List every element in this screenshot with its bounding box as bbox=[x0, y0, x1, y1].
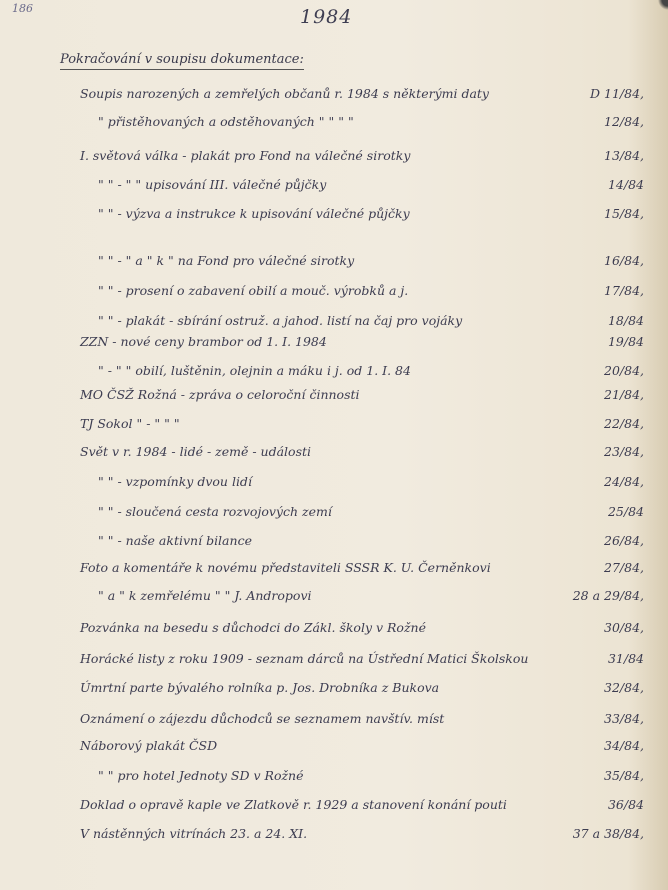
list-item: Foto a komentáře k novému představiteli … bbox=[0, 560, 668, 584]
list-item: " " - výzva a instrukce k upisování vále… bbox=[0, 206, 668, 230]
entry-reference-number: 37 a 38/84, bbox=[573, 826, 644, 841]
entry-description: ZZN - nové ceny brambor od 1. I. 1984 bbox=[80, 334, 327, 349]
entry-description: " " - výzva a instrukce k upisování vále… bbox=[98, 206, 410, 221]
entry-description: " " - " " upisování III. válečné půjčky bbox=[98, 177, 326, 192]
list-item: " " - sloučená cesta rozvojových zemí25/… bbox=[0, 504, 668, 528]
entry-description: " " - plakát - sbírání ostruž. a jahod. … bbox=[98, 313, 462, 328]
page-number: 186 bbox=[12, 2, 33, 15]
list-item: TJ Sokol " - " " "22/84, bbox=[0, 416, 668, 440]
entry-description: TJ Sokol " - " " " bbox=[80, 416, 180, 431]
list-item: I. světová válka - plakát pro Fond na vá… bbox=[0, 148, 668, 172]
list-item: " " - " a " k " na Fond pro válečné siro… bbox=[0, 253, 668, 277]
entry-reference-number: 32/84, bbox=[604, 680, 644, 695]
entry-description: " přistěhovaných a odstěhovaných " " " " bbox=[98, 114, 354, 129]
entry-description: " " pro hotel Jednoty SD v Rožné bbox=[98, 768, 304, 783]
list-item: " a " k zemřelému " " J. Andropovi28 a 2… bbox=[0, 588, 668, 612]
entry-reference-number: 23/84, bbox=[604, 444, 644, 459]
entry-reference-number: 24/84, bbox=[604, 474, 644, 489]
entry-reference-number: 21/84, bbox=[604, 387, 644, 402]
entry-reference-number: 18/84 bbox=[608, 313, 644, 328]
list-item: " " - naše aktivní bilance26/84, bbox=[0, 533, 668, 557]
entry-reference-number: 15/84, bbox=[604, 206, 644, 221]
entry-description: " " - " a " k " na Fond pro válečné siro… bbox=[98, 253, 354, 268]
entry-description: MO ČSŽ Rožná - zpráva o celoroční činnos… bbox=[80, 387, 360, 402]
list-item: " " pro hotel Jednoty SD v Rožné35/84, bbox=[0, 768, 668, 792]
entry-description: V nástěnných vitrínách 23. a 24. XI. bbox=[80, 826, 307, 841]
page-corner-shadow bbox=[654, 0, 668, 14]
list-item: " " - " " upisování III. válečné půjčky1… bbox=[0, 177, 668, 201]
entry-reference-number: 30/84, bbox=[604, 620, 644, 635]
entry-description: I. světová válka - plakát pro Fond na vá… bbox=[80, 148, 410, 163]
entry-reference-number: 12/84, bbox=[604, 114, 644, 129]
entry-description: Horácké listy z roku 1909 - seznam dárců… bbox=[80, 651, 528, 666]
entry-reference-number: 22/84, bbox=[604, 416, 644, 431]
list-item: Horácké listy z roku 1909 - seznam dárců… bbox=[0, 651, 668, 675]
list-item: Doklad o opravě kaple ve Zlatkově r. 192… bbox=[0, 797, 668, 821]
entry-description: Doklad o opravě kaple ve Zlatkově r. 192… bbox=[80, 797, 507, 812]
entry-description: " " - vzpomínky dvou lidí bbox=[98, 474, 252, 489]
entry-reference-number: 27/84, bbox=[604, 560, 644, 575]
entry-reference-number: 17/84, bbox=[604, 283, 644, 298]
list-item: Svět v r. 1984 - lidé - země - události2… bbox=[0, 444, 668, 468]
list-item: " - " " obilí, luštěnin, olejnin a máku … bbox=[0, 363, 668, 387]
entry-reference-number: 28 a 29/84, bbox=[573, 588, 644, 603]
entry-description: Soupis narozených a zemřelých občanů r. … bbox=[80, 86, 489, 101]
entry-description: Oznámení o zájezdu důchodců se seznamem … bbox=[80, 711, 444, 726]
entry-reference-number: 35/84, bbox=[604, 768, 644, 783]
entry-description: " - " " obilí, luštěnin, olejnin a máku … bbox=[98, 363, 411, 378]
section-heading: Pokračování v soupisu dokumentace: bbox=[60, 52, 304, 70]
list-item: Náborový plakát ČSD34/84, bbox=[0, 738, 668, 762]
entry-reference-number: 20/84, bbox=[604, 363, 644, 378]
entry-description: " " - naše aktivní bilance bbox=[98, 533, 252, 548]
list-item: " " - prosení o zabavení obilí a mouč. v… bbox=[0, 283, 668, 307]
entry-description: Náborový plakát ČSD bbox=[80, 738, 217, 753]
entry-reference-number: D 11/84, bbox=[590, 86, 644, 101]
entry-reference-number: 25/84 bbox=[608, 504, 644, 519]
entry-reference-number: 33/84, bbox=[604, 711, 644, 726]
entry-description: Úmrtní parte bývalého rolníka p. Jos. Dr… bbox=[80, 680, 439, 695]
entry-reference-number: 26/84, bbox=[604, 533, 644, 548]
page-year-title: 1984 bbox=[300, 6, 352, 28]
list-item: Oznámení o zájezdu důchodců se seznamem … bbox=[0, 711, 668, 735]
entry-reference-number: 19/84 bbox=[608, 334, 644, 349]
entry-description: " " - sloučená cesta rozvojových zemí bbox=[98, 504, 332, 519]
list-item: MO ČSŽ Rožná - zpráva o celoroční činnos… bbox=[0, 387, 668, 411]
entry-description: Svět v r. 1984 - lidé - země - události bbox=[80, 444, 311, 459]
list-item: ZZN - nové ceny brambor od 1. I. 198419/… bbox=[0, 334, 668, 358]
entry-reference-number: 34/84, bbox=[604, 738, 644, 753]
document-page: 186 1984 Pokračování v soupisu dokumenta… bbox=[0, 0, 668, 890]
entry-description: " a " k zemřelému " " J. Andropovi bbox=[98, 588, 312, 603]
entry-description: Pozvánka na besedu s důchodci do Zákl. š… bbox=[80, 620, 426, 635]
list-item: " " - vzpomínky dvou lidí24/84, bbox=[0, 474, 668, 498]
entry-reference-number: 14/84 bbox=[608, 177, 644, 192]
entry-reference-number: 13/84, bbox=[604, 148, 644, 163]
list-item: V nástěnných vitrínách 23. a 24. XI.37 a… bbox=[0, 826, 668, 850]
list-item: Soupis narozených a zemřelých občanů r. … bbox=[0, 86, 668, 110]
list-item: " přistěhovaných a odstěhovaných " " " "… bbox=[0, 114, 668, 138]
entry-description: Foto a komentáře k novému představiteli … bbox=[80, 560, 491, 575]
list-item: Pozvánka na besedu s důchodci do Zákl. š… bbox=[0, 620, 668, 644]
entry-description: " " - prosení o zabavení obilí a mouč. v… bbox=[98, 283, 408, 298]
list-item: Úmrtní parte bývalého rolníka p. Jos. Dr… bbox=[0, 680, 668, 704]
entry-reference-number: 36/84 bbox=[608, 797, 644, 812]
entry-reference-number: 31/84 bbox=[608, 651, 644, 666]
entry-reference-number: 16/84, bbox=[604, 253, 644, 268]
